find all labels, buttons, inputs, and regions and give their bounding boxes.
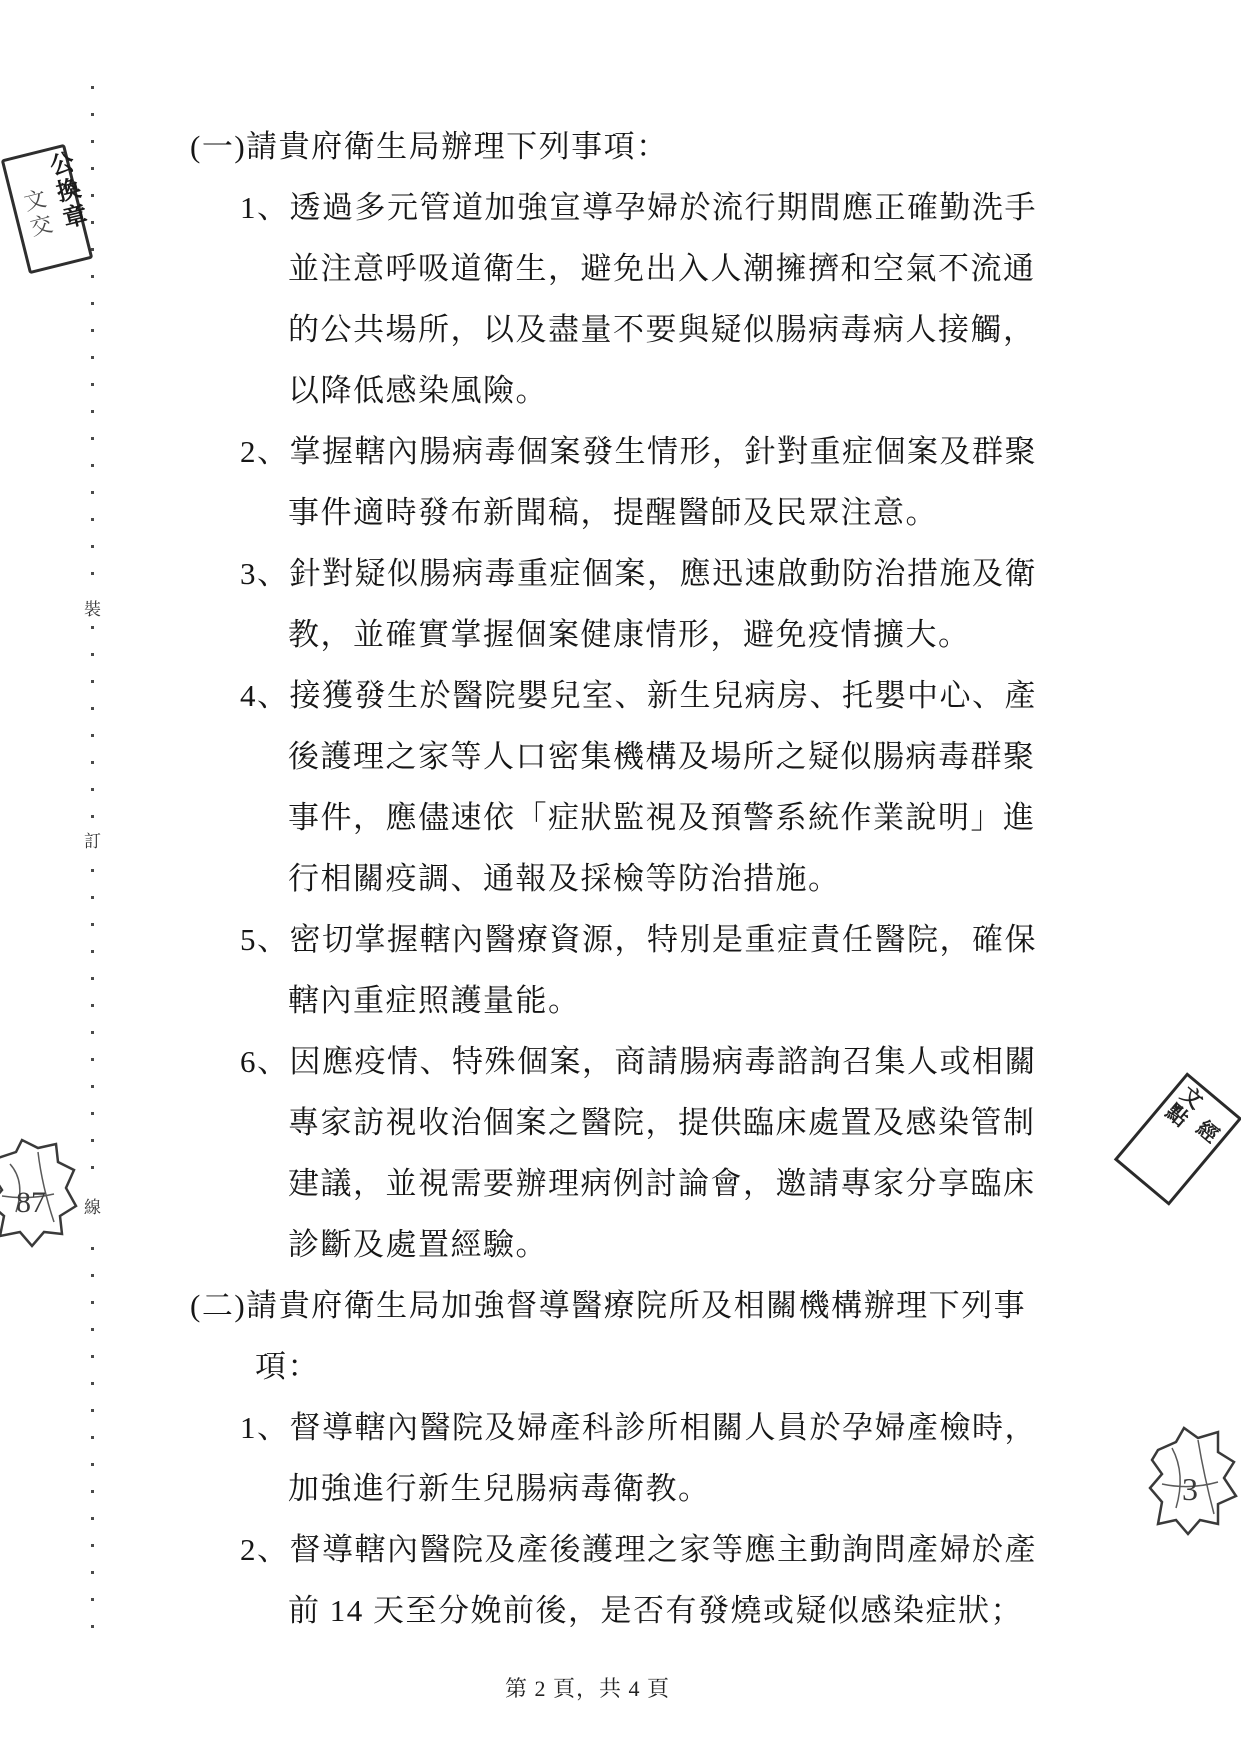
document-line: 4、接獲發生於醫院嬰兒室、新生兒病房、托嬰中心、產: [240, 665, 1241, 726]
section-heading-continuation: 項：: [255, 1336, 1241, 1397]
document-line: 後護理之家等人口密集機構及場所之疑似腸病毒群聚: [288, 726, 1241, 787]
section-heading: (一)請貴府衛生局辦理下列事項：: [190, 116, 1241, 177]
document-line: 並注意呼吸道衛生，避免出入人潮擁擠和空氣不流通: [288, 238, 1241, 299]
document-body: (一)請貴府衛生局辦理下列事項： 1、透過多元管道加強宣導孕婦於流行期間應正確勤…: [0, 116, 1241, 1641]
document-line: 2、督導轄內醫院及產後護理之家等應主動詢問產婦於產: [240, 1519, 1241, 1580]
document-line: 轄內重症照護量能。: [288, 970, 1241, 1031]
document-line: 加強進行新生兒腸病毒衛教。: [288, 1458, 1241, 1519]
document-line: 的公共場所，以及盡量不要與疑似腸病毒病人接觸，: [288, 299, 1241, 360]
document-line: 以降低感染風險。: [288, 360, 1241, 421]
document-line: 事件適時發布新聞稿，提醒醫師及民眾注意。: [288, 482, 1241, 543]
document-line: 教，並確實掌握個案健康情形，避免疫情擴大。: [288, 604, 1241, 665]
document-page: 裝 訂 線 文交 公換章 87 文點 經 3 (一)請貴府衛生局辦理下列事項： …: [0, 0, 1241, 1754]
section-heading: (二)請貴府衛生局加強督導醫療院所及相關機構辦理下列事: [190, 1275, 1241, 1336]
document-line: 專家訪視收治個案之醫院，提供臨床處置及感染管制: [288, 1092, 1241, 1153]
document-line: 事件，應儘速依「症狀監視及預警系統作業說明」進: [288, 787, 1241, 848]
document-line: 建議，並視需要辦理病例討論會，邀請專家分享臨床: [288, 1153, 1241, 1214]
document-line: 6、因應疫情、特殊個案，商請腸病毒諮詢召集人或相關: [240, 1031, 1241, 1092]
document-line: 5、密切掌握轄內醫療資源，特別是重症責任醫院，確保: [240, 909, 1241, 970]
document-line: 行相關疫調、通報及採檢等防治措施。: [288, 848, 1241, 909]
document-line: 3、針對疑似腸病毒重症個案，應迅速啟動防治措施及衛: [240, 543, 1241, 604]
footer-page-info: 第 2 頁，共 4 頁: [0, 1672, 1175, 1703]
document-line: 1、督導轄內醫院及婦產科診所相關人員於孕婦產檢時，: [240, 1397, 1241, 1458]
document-line: 2、掌握轄內腸病毒個案發生情形，針對重症個案及群聚: [240, 421, 1241, 482]
document-line: 診斷及處置經驗。: [288, 1214, 1241, 1275]
document-line: 前 14 天至分娩前後，是否有發燒或疑似感染症狀；: [288, 1580, 1241, 1641]
document-line: 1、透過多元管道加強宣導孕婦於流行期間應正確勤洗手: [240, 177, 1241, 238]
